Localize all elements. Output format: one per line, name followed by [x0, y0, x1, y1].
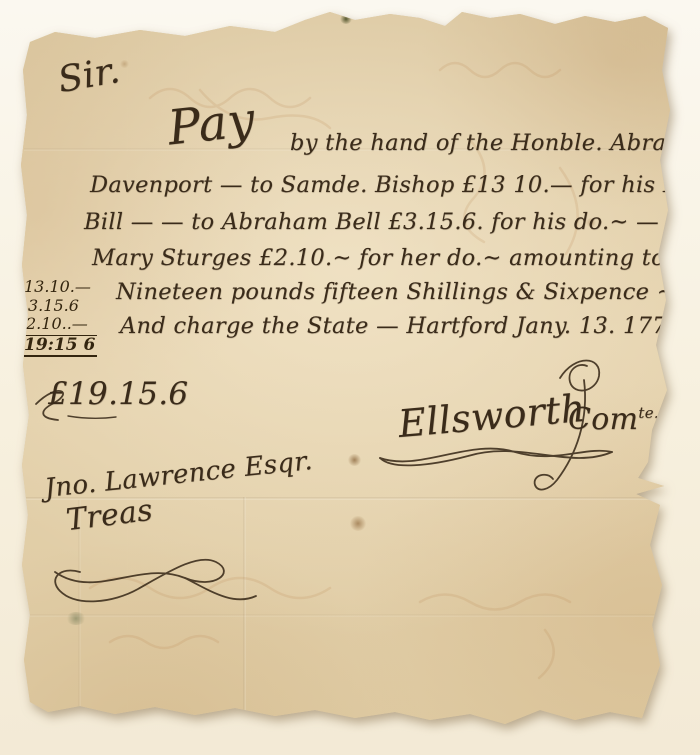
signature-name: Ellsworth	[396, 386, 587, 446]
margin-calculation: 13.10.— 3.15.6 2.10..— 19:15 6	[24, 278, 97, 357]
signature-title-superscript: te.	[638, 404, 659, 422]
manuscript-line-5: Nineteen pounds fifteen Shillings & Sixp…	[116, 279, 676, 305]
signature-title: Comte.	[568, 402, 659, 437]
manuscript-line-1-lead: Pay	[165, 92, 257, 157]
manuscript-line-6: And charge the State — Hartford Jany. 13…	[120, 313, 700, 339]
foxing-stain	[350, 516, 366, 531]
paper-crease	[243, 497, 246, 715]
smudge-stain	[66, 612, 86, 625]
foxing-stain	[348, 454, 361, 466]
ink-spot-stain	[340, 14, 352, 24]
salutation: Sir.	[55, 50, 123, 101]
signature-title-base: Com	[568, 402, 638, 437]
signature-flourish	[380, 449, 612, 462]
total-underline	[68, 416, 116, 418]
margin-entry: 2.10..—	[24, 315, 97, 334]
document-scan: Sir. Pay by the hand of the Honble. Abra…	[0, 0, 700, 755]
paper-crease	[24, 614, 666, 617]
signature-flourish	[380, 451, 612, 465]
margin-entry: 13.10.—	[24, 278, 97, 297]
manuscript-paper: Sir. Pay by the hand of the Honble. Abra…	[0, 0, 700, 755]
manuscript-line-4: Mary Sturges £2.10.~ for her do.~ amount…	[92, 245, 665, 271]
addressee-name: Jno. Lawrence Esqr.	[43, 446, 314, 504]
total-amount: £19.15.6	[48, 376, 188, 412]
manuscript-line-1: by the hand of the Honble. Abraham	[290, 130, 700, 156]
manuscript-line-3: Bill — — to Abraham Bell £3.15.6. for hi…	[84, 209, 690, 235]
foxing-stain	[120, 60, 129, 68]
margin-sum: 19:15 6	[24, 335, 97, 358]
manuscript-line-2: Davenport — to Samde. Bishop £13 10.— fo…	[90, 172, 700, 198]
margin-entry: 3.15.6	[24, 297, 97, 316]
